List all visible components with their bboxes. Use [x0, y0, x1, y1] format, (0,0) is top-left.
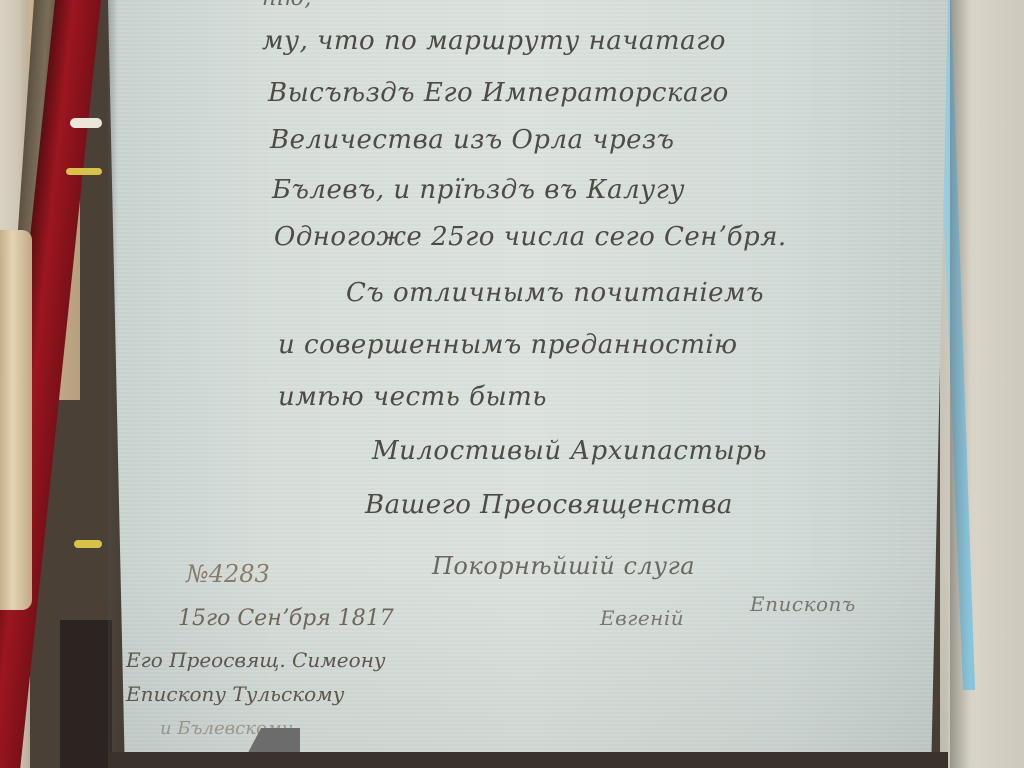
signature-closing: Покорнѣйшій слуга: [432, 552, 695, 580]
letter-line: имѣю честь быть: [278, 382, 547, 412]
table-surface: [108, 752, 948, 768]
letter-salutation: Вашего Преосвященства: [365, 490, 733, 520]
page-edge-shadow: [950, 0, 970, 768]
annotation-date: 15го Сенʼбря 1817: [178, 606, 394, 631]
letter-line: Съ отличнымъ почитаніемъ: [346, 278, 764, 308]
white-tie-cord: [70, 118, 102, 128]
letter-line: му, что по маршруту начатаго: [262, 26, 726, 56]
document-photo: нію, му, что по маршруту начатаго Высъѣз…: [0, 0, 1024, 768]
signature-name: Евгеній: [600, 606, 684, 630]
letter-line: Высъѣздъ Его Императорскаго: [268, 78, 729, 108]
yellow-tie-cord-lower: [74, 540, 102, 548]
letter-line: Величества изъ Орла чрезъ: [270, 125, 674, 155]
dark-shadow: [60, 620, 112, 768]
letter-line: Бълевъ, и прїѣздъ въ Калугу: [272, 175, 685, 205]
addressee-line: Его Преосвящ. Симеону: [126, 648, 385, 672]
letter-line: и совершеннымъ преданностію: [278, 330, 738, 360]
letter-line: Одногоже 25го числа сего Сенʼбря.: [274, 222, 787, 252]
letter-line: нію,: [262, 0, 312, 11]
page-left-edge: [108, 0, 118, 768]
yellow-tie-cord: [66, 168, 102, 175]
signature-title: Епископъ: [750, 592, 856, 616]
letter-salutation: Милостивый Архипастырь: [372, 436, 767, 466]
archive-folders-stack: [0, 0, 112, 768]
gold-folder-edge: [0, 230, 32, 610]
registry-number: №4283: [186, 560, 270, 588]
addressee-line: Епископу Тульскому: [126, 682, 344, 706]
